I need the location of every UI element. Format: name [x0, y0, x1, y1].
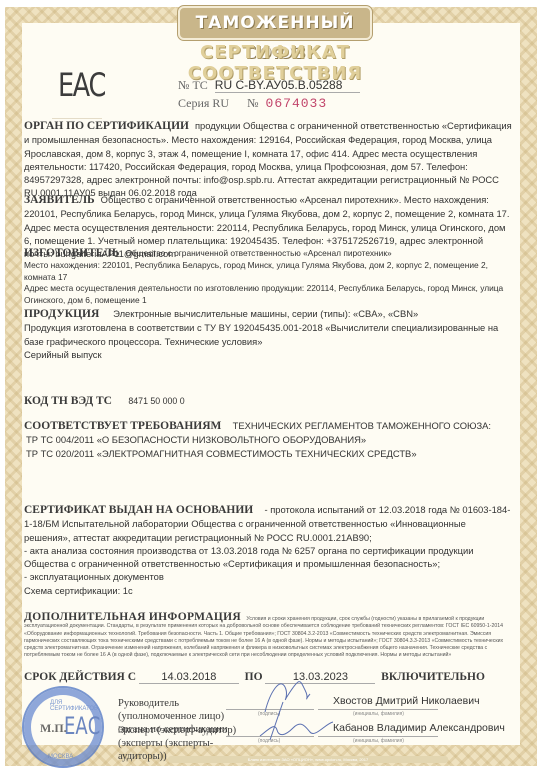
blank-no-value: 0674033	[266, 96, 328, 111]
hs-code-label: КОД ТН ВЭД ТС	[24, 395, 112, 407]
compliance-section: СООТВЕТСТВУЕТ ТРЕБОВАНИЯМ ТЕХНИЧЕСКИХ РЕ…	[24, 419, 514, 460]
series-value: RU	[212, 96, 229, 110]
manufacturer-name: Общество с ограниченной ответственностью…	[125, 248, 391, 258]
regulation-item: ТР ТС 020/2011 «ЭЛЕКТРОМАГНИТНАЯ СОВМЕСТ…	[24, 447, 514, 460]
additional-info-text: Условия и сроки хранения продукции, срок…	[24, 616, 503, 658]
basis-scheme: Схема сертификации: 1с	[24, 584, 514, 597]
stamp-eac-icon: ЕАС	[64, 712, 100, 740]
series-label: Серия	[178, 96, 209, 110]
validity-inclusive-label: ВКЛЮЧИТЕЛЬНО	[381, 671, 485, 683]
eac-mark-icon: ЕАС	[58, 66, 100, 104]
name-line	[318, 709, 438, 710]
expert-signature-icon	[255, 718, 335, 743]
number-value: RU C-BY.АУ05.В.05288	[215, 78, 360, 93]
product-label: ПРОДУКЦИЯ	[24, 308, 99, 320]
manufacturer-section: ИЗГОТОВИТЕЛЬОбщество с ограниченной отве…	[24, 246, 514, 306]
product-release: Серийный выпуск	[24, 348, 514, 361]
validity-from-label: СРОК ДЕЙСТВИЯ С	[24, 671, 136, 683]
customs-union-plaque: ТАМОЖЕННЫЙ СОЮЗ	[178, 6, 372, 40]
print-footer: Бланк изготовлен ЗАО «ОПЦИОН», www.opcio…	[168, 756, 448, 763]
stamp-top-text: ДЛЯ СЕРТИФИКАТОВ	[50, 700, 102, 712]
applicant-label: ЗАЯВИТЕЛЬ	[24, 194, 95, 206]
hs-code-section: КОД ТН ВЭД ТС 8471 50 000 0	[24, 394, 514, 408]
validity-from-date: 14.03.2018	[139, 671, 239, 684]
product-name: Электронные вычислительные машины, серии…	[113, 308, 418, 319]
certification-stamp: ДЛЯ СЕРТИФИКАТОВ ЕАС М.П. МОСКВА	[22, 686, 104, 768]
additional-info-section: ДОПОЛНИТЕЛЬНАЯ ИНФОРМАЦИЯ Условия и срок…	[24, 614, 516, 660]
hs-code-value: 8471 50 000 0	[128, 396, 184, 406]
basis-second: - акта анализа состояния производства от…	[24, 544, 514, 571]
regulation-item: ТР ТС 004/2011 «О БЕЗОПАСНОСТИ НИЗКОВОЛЬ…	[24, 433, 514, 446]
blank-series: Серия RU № 0674033	[178, 96, 327, 111]
stamp-city: МОСКВА	[48, 754, 73, 760]
basis-section: СЕРТИФИКАТ ВЫДАН НА ОСНОВАНИИ - протокол…	[24, 503, 514, 597]
product-section: ПРОДУКЦИЯ Электронные вычислительные маш…	[24, 307, 514, 361]
certification-body-section: ОРГАН ПО СЕРТИФИКАЦИИпродукции Общества …	[24, 119, 514, 200]
compliance-label: СООТВЕТСТВУЕТ ТРЕБОВАНИЯМ	[24, 420, 221, 432]
basis-label: СЕРТИФИКАТ ВЫДАН НА ОСНОВАНИИ	[24, 504, 253, 516]
blank-no-label: №	[247, 96, 258, 110]
expert-name: Кабанов Владимир Александрович	[333, 722, 505, 734]
product-spec: Продукция изготовлена в соответствии с Т…	[24, 321, 514, 348]
number-label: № ТС	[178, 78, 208, 92]
manufacturer-location: Место нахождения: 220101, Республика Бел…	[24, 260, 514, 283]
compliance-intro: ТЕХНИЧЕСКИХ РЕГЛАМЕНТОВ ТАМОЖЕННОГО СОЮЗ…	[233, 420, 491, 431]
certificate-number: № ТС RU C-BY.АУ05.В.05288	[178, 78, 360, 93]
manufacturer-label: ИЗГОТОВИТЕЛЬ	[24, 247, 119, 259]
name-caption: (инициалы, фамилия)	[353, 738, 404, 744]
name-line	[318, 736, 438, 737]
stamp-mp-label: М.П.	[40, 721, 67, 736]
certification-body-label: ОРГАН ПО СЕРТИФИКАЦИИ	[24, 120, 189, 132]
manufacturer-production-address: Адрес места осуществления деятельности п…	[24, 283, 514, 306]
head-name: Хвостов Дмитрий Николаевич	[333, 695, 480, 707]
name-caption: (инициалы, фамилия)	[353, 711, 404, 717]
additional-info-label: ДОПОЛНИТЕЛЬНАЯ ИНФОРМАЦИЯ	[24, 611, 241, 623]
basis-third: - эксплуатационных документов	[24, 570, 514, 583]
